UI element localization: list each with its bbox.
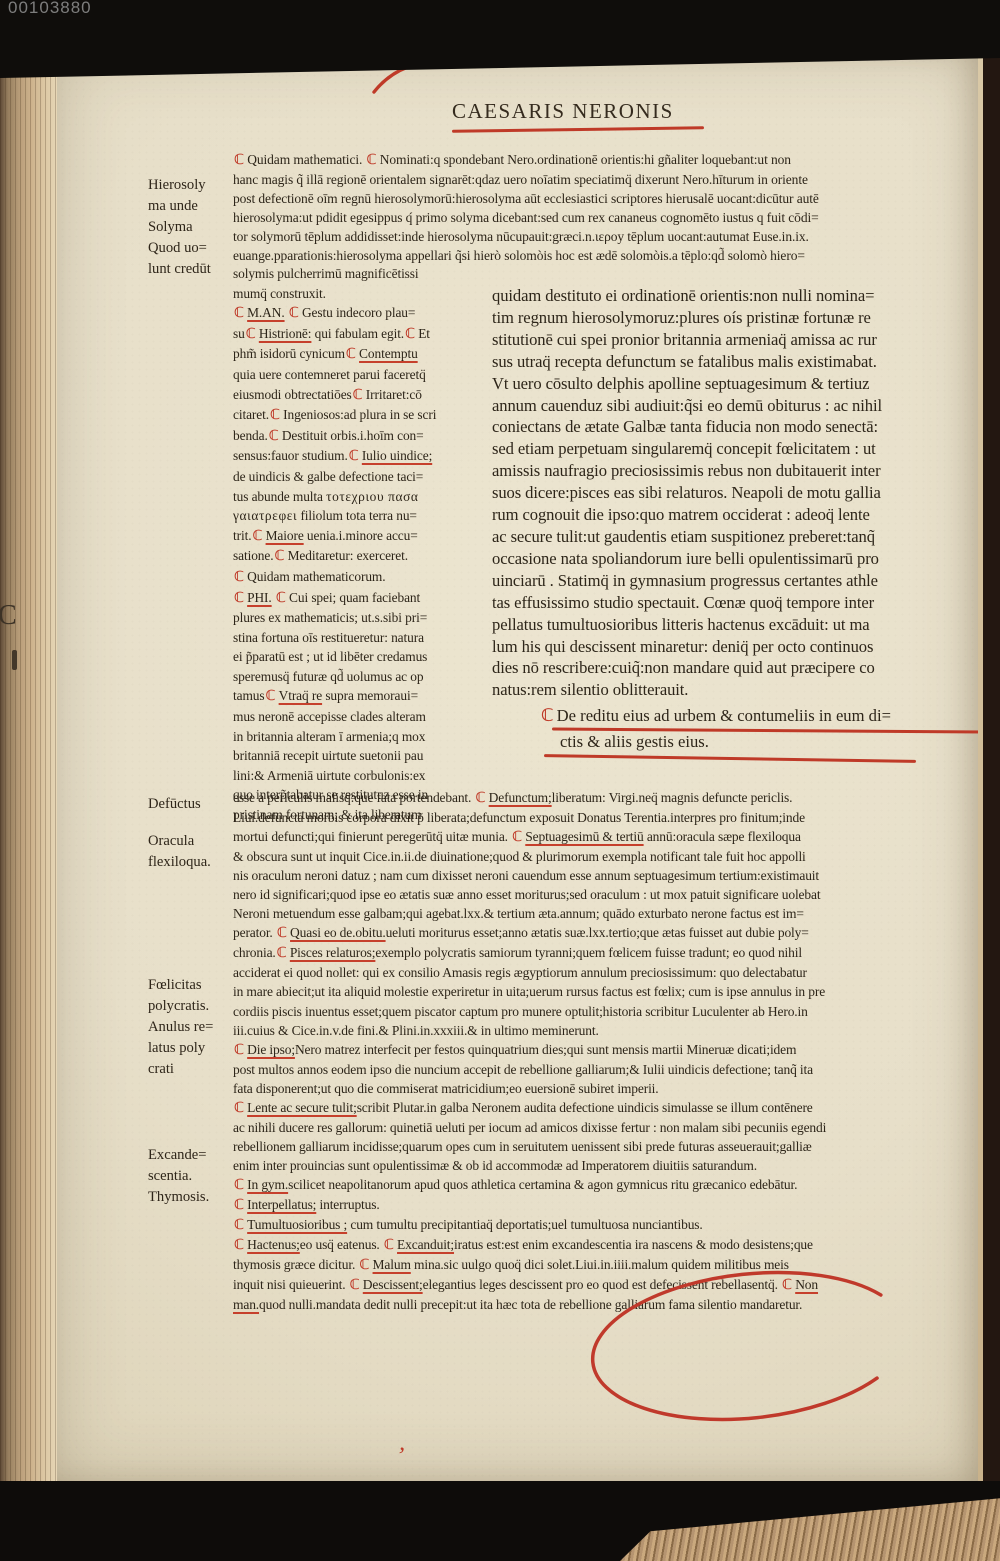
pilcrow-mark bbox=[233, 1237, 247, 1252]
pilcrow-mark bbox=[273, 548, 287, 563]
lemma-text: Defunctum; bbox=[489, 790, 552, 805]
body-text: Quidam mathematici. bbox=[247, 152, 365, 167]
lemma-text: Maiore bbox=[266, 528, 304, 543]
lemma-text: Histrionē: bbox=[259, 326, 312, 341]
margin-note: Fœlicitas polycratis. Anulus re= latus p… bbox=[148, 975, 236, 1080]
lemma-text: Lente ac secure tulit; bbox=[247, 1100, 357, 1115]
body-text: interruptus. bbox=[316, 1197, 379, 1212]
lemma-text: Malum bbox=[373, 1257, 411, 1272]
margin-note: Hierosoly ma unde Solyma Quod uo= lunt c… bbox=[148, 175, 236, 280]
pilcrow-mark bbox=[276, 925, 290, 940]
pilcrow-mark bbox=[233, 569, 247, 584]
pilcrow-mark bbox=[348, 448, 362, 463]
body-text: scilicet neapolitanorum apud quos athlet… bbox=[288, 1177, 797, 1192]
pilcrow-mark bbox=[511, 829, 525, 844]
ink-mark bbox=[12, 650, 17, 670]
bottom-commentary: esse a periculis malisq̈:que fata porten… bbox=[233, 788, 990, 1314]
lemma-text: PHI. bbox=[247, 590, 272, 605]
lemma-text: M.AN. bbox=[247, 305, 284, 320]
pilcrow-mark bbox=[540, 706, 557, 725]
lemma-text: Iulio uindice; bbox=[362, 448, 432, 463]
body-text: Quidam mathematicorum. bbox=[247, 569, 385, 584]
body-text: eo usq̈ eatenus. bbox=[300, 1237, 383, 1252]
pilcrow-mark bbox=[245, 326, 259, 341]
body-text: Nominati:q spondebant Nero.ordinationē o… bbox=[233, 152, 819, 263]
pilcrow-mark bbox=[265, 688, 279, 703]
lemma-text: Vtraq̈ re bbox=[279, 688, 322, 703]
lemma-text: Descissent; bbox=[363, 1277, 423, 1292]
lemma-text: Tumultuosioribus ; bbox=[247, 1217, 347, 1232]
pilcrow-mark bbox=[358, 1257, 372, 1272]
lemma-text: In gym. bbox=[247, 1177, 288, 1192]
pilcrow-mark bbox=[233, 590, 247, 605]
left-fore-edge-pages bbox=[0, 58, 57, 1498]
serial-number: 00103880 bbox=[8, 0, 92, 18]
body-text: Meditaretur: exerceret. bbox=[288, 548, 408, 563]
pilcrow-mark bbox=[275, 590, 289, 605]
right-binding-edge bbox=[983, 0, 1000, 1561]
lemma-text: Excanduit; bbox=[397, 1237, 454, 1252]
pilcrow-mark bbox=[268, 428, 282, 443]
pilcrow-mark bbox=[345, 346, 359, 361]
margin-note: Defūctus bbox=[148, 794, 236, 815]
pilcrow-mark bbox=[404, 326, 418, 341]
lemma-text: Pisces relaturos; bbox=[290, 945, 376, 960]
body-text: annū:oracula sæpe flexiloqua & obscura s… bbox=[233, 829, 820, 940]
pilcrow-mark bbox=[349, 1277, 363, 1292]
pilcrow-mark bbox=[475, 790, 489, 805]
lemma-text: Interpellatus; bbox=[247, 1197, 316, 1212]
pilcrow-mark bbox=[233, 305, 247, 320]
pilcrow-mark bbox=[233, 1100, 247, 1115]
pilcrow-mark bbox=[383, 1237, 397, 1252]
page-title: CAESARIS NERONIS bbox=[448, 95, 674, 124]
lemma-text: Quasi eo de.obitu. bbox=[290, 925, 386, 940]
lemma-text: Septuagesimū & tertiū bbox=[525, 829, 643, 844]
red-ellipse-annotation bbox=[575, 1248, 925, 1453]
margin-note: Excande= scentia. Thymosis. bbox=[148, 1145, 236, 1208]
pilcrow-mark bbox=[269, 407, 283, 422]
pilcrow-mark bbox=[366, 152, 380, 167]
lemma-text: Hactenus; bbox=[247, 1237, 300, 1252]
page-title-text: CAESARIS NERONIS bbox=[452, 99, 674, 123]
pilcrow-mark bbox=[288, 305, 302, 320]
pilcrow-mark bbox=[233, 152, 247, 167]
left-commentary-column: solymis pulcherrimū magnificētissi mumq̈… bbox=[233, 264, 493, 825]
pilcrow-mark bbox=[251, 528, 265, 543]
top-commentary: Quidam mathematici. Nominati:q spondeban… bbox=[233, 150, 989, 266]
margin-note: Oracula flexiloqua. bbox=[148, 831, 236, 873]
pilcrow-mark bbox=[233, 1217, 247, 1232]
body-text: Cui spei; quam faciebant plures ex mathe… bbox=[233, 590, 427, 704]
body-text: Nero matrez interfecit per festos quinqu… bbox=[233, 1042, 813, 1096]
body-text: cum tumultu precipitantiaq̈ deportatis;u… bbox=[347, 1217, 703, 1232]
pilcrow-mark bbox=[276, 945, 290, 960]
lemma-text: Contemptu bbox=[359, 346, 418, 361]
pilcrow-mark bbox=[352, 387, 366, 402]
lemma-text: Die ipso; bbox=[247, 1042, 295, 1057]
body-text: qui fabulam egit. bbox=[311, 326, 404, 341]
main-text-column: quidam destituto ei ordinationē orientis… bbox=[492, 285, 988, 701]
body-text: esse a periculis malisq̈:que fata porten… bbox=[233, 790, 475, 805]
body-text: quidam destituto ei ordinationē orientis… bbox=[492, 286, 882, 699]
ink-mark: C bbox=[0, 600, 17, 632]
body-text: solymis pulcherrimū magnificētissi mumq̈… bbox=[233, 266, 419, 301]
